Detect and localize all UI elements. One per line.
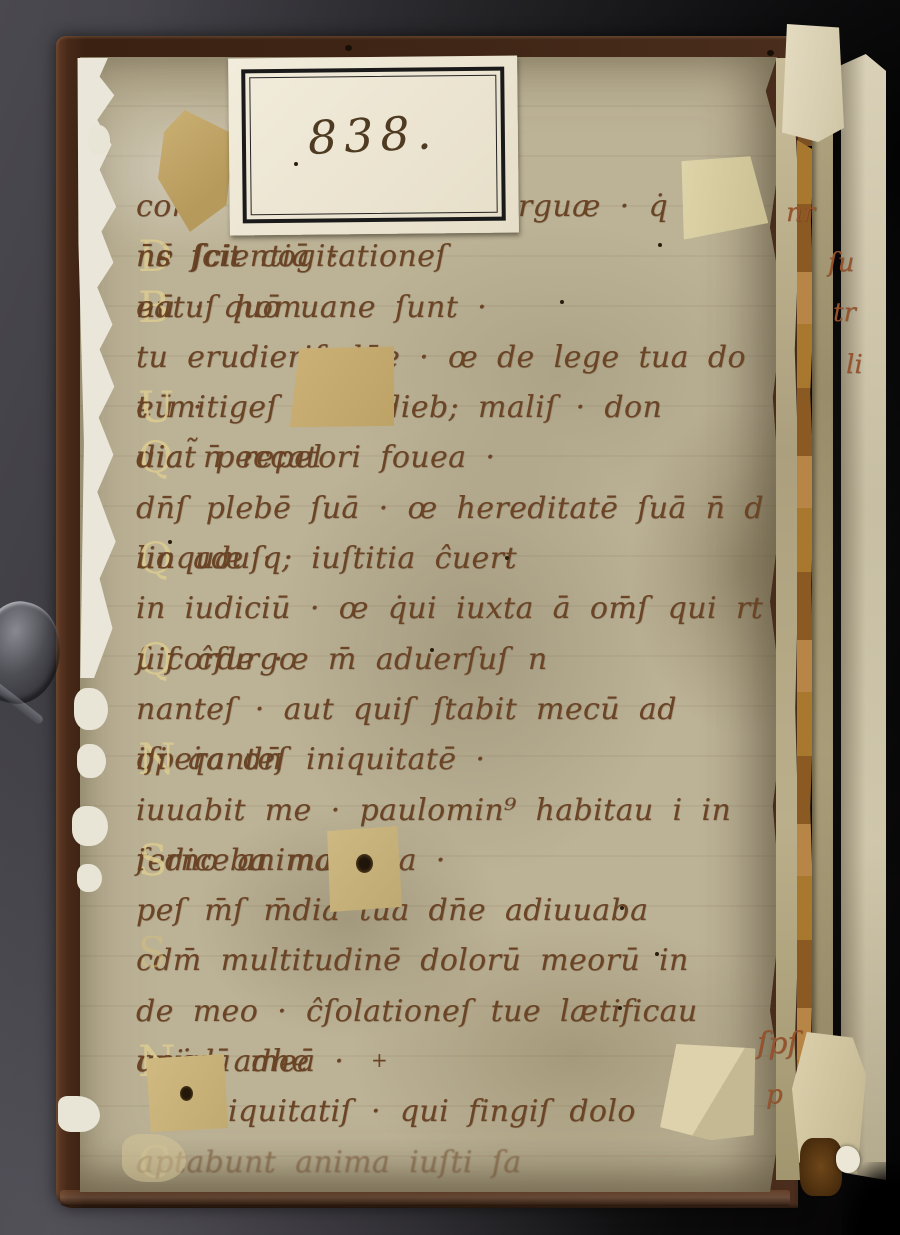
parchment-patch	[122, 1134, 186, 1182]
parchment-patch	[290, 341, 398, 432]
line-text: iſi q̇a dn̄	[136, 735, 283, 785]
patch-hole	[180, 1086, 193, 1101]
line-text: uo aduſq; iuſtitia ĉuert	[136, 534, 517, 584]
manuscript-line: peſ m̄ſ m̄dia tua dn̄e adiuuaba	[136, 886, 800, 936]
parchment-patch	[324, 826, 402, 912]
manuscript-line: ſ corde · Quiſ ĉſurgœ m̄ aduerſuſ n	[136, 635, 800, 685]
line-text: uiſ ĉſurgœ m̄ aduerſuſ n	[136, 635, 548, 685]
ink-speck	[658, 243, 662, 247]
manuscript-line: nanteſ · aut quiſ ſtabit mecū ad	[136, 685, 800, 735]
line-text: uia n̄ repel	[136, 433, 322, 483]
manuscript-line: cdm̄ multitudinē dolorū meorū in	[136, 936, 800, 986]
paper-fleck	[72, 806, 108, 846]
paper-fleck	[74, 688, 108, 730]
paper-fleck	[77, 864, 102, 892]
faded-marginal-initial: S	[138, 928, 167, 977]
line-text: dn̄ſ plebē ſuā · œ hereditatē ſuā n̄ d	[136, 484, 764, 534]
manuscript-line: tu erudieriſ dn̄e · œ de lege tua do	[136, 333, 800, 383]
manuscript-text-block: corrguæ · q̇ doce nē ſcientiā · Dn̄s ſci…	[136, 182, 800, 1192]
manuscript-line: diat̃ peccatori fouea · Quia n̄ repel	[136, 433, 800, 483]
line-text: iuuabit me · paulomin⁹ habitau i in	[136, 786, 731, 836]
ink-speck	[294, 162, 298, 166]
line-text: iquitatiſ · qui fingiſ dolo	[228, 1087, 636, 1137]
ink-speck	[168, 540, 172, 544]
ink-speck	[560, 300, 564, 304]
manuscript-line: de meo · ĉſolationeſ tue lætificau	[136, 987, 800, 1037]
gutter-text-fragment: nr	[786, 198, 815, 228]
line-text: i diceba moti	[136, 836, 356, 886]
line-text: eatuſ hom	[136, 283, 302, 333]
gutter-text-fragment: ſu	[828, 248, 854, 278]
gutter-text-fragment: ſpſ	[757, 1026, 798, 1061]
parchment-patch	[146, 1054, 228, 1132]
line-text: t mitigeſ ei a dieb; maliſ · don	[136, 383, 662, 433]
ink-speck	[618, 1006, 622, 1010]
line-text: tu erudieriſ dn̄e · œ de lege tua do	[136, 333, 746, 383]
manuscript-line: in iudiciū · œ q̇ui iuxta ā om̄ſ qui rt	[136, 584, 800, 634]
paper-fleck	[77, 744, 106, 778]
parchment-patch	[659, 1039, 763, 1144]
line-text: in iudiciū · œ q̇ui iuxta ā om̄ſ qui rt	[136, 584, 763, 634]
gutter-text-fragment: tr	[833, 298, 856, 328]
paper-fleck	[88, 125, 110, 155]
ink-speck	[430, 648, 434, 652]
shelfmark-number: 838.	[225, 51, 522, 241]
shadow-corner	[842, 1162, 900, 1235]
manuscript-line: iuuabit me · paulomin⁹ habitau i in	[136, 786, 800, 836]
ink-speck	[505, 556, 509, 560]
spine-damage	[800, 1138, 842, 1196]
manuscript-line: operanteſ iniquitatē · Niſi q̇a dn̄	[136, 735, 800, 785]
manuscript-line: dn̄ſ plebē ſuā · œ hereditatē ſuā n̄ d	[136, 484, 800, 534]
line-text: aptabunt anima iuſti ſa	[136, 1138, 522, 1188]
wormhole	[767, 50, 774, 56]
paper-fleck	[58, 1096, 100, 1132]
manuscript-line: linquæ · Quo aduſq; iuſtitia ĉuert	[136, 534, 800, 584]
wormhole	[345, 45, 352, 51]
shelfmark-label: 838.	[228, 55, 519, 235]
ink-speck	[655, 952, 659, 956]
manuscript-line: ferno anima mea · Si diceba moti	[136, 836, 800, 886]
line-text: cdm̄ multitudinē dolorū meorū in	[136, 936, 689, 986]
manuscript-line: nū · quō uane ſunt · Beatuſ hom	[136, 283, 800, 333]
line-text: de meo · ĉſolationeſ tue lætificau	[136, 987, 698, 1037]
endpaper-tab	[782, 24, 844, 142]
gutter-text-fragment: p	[766, 1080, 783, 1110]
cross-mark: +	[371, 1048, 388, 1072]
patch-hole	[356, 854, 373, 873]
facing-leaf-edge	[841, 54, 886, 1180]
manuscript-line: eū · Ut mitigeſ ei a dieb; maliſ · don	[136, 383, 800, 433]
gutter-text-fragment: li	[846, 350, 863, 380]
line-text: nanteſ · aut quiſ ſtabit mecū ad	[136, 685, 677, 735]
leather-bottom-edge	[60, 1190, 790, 1206]
ink-speck	[620, 906, 624, 910]
photo-background: corrguæ · q̇ doce nē ſcientiā · Dn̄s ſci…	[0, 0, 900, 1235]
line-text: n̄s ſcit cogitationeſ	[136, 232, 447, 282]
manuscript-line: Captabunt anima iuſti ſa	[136, 1138, 800, 1188]
